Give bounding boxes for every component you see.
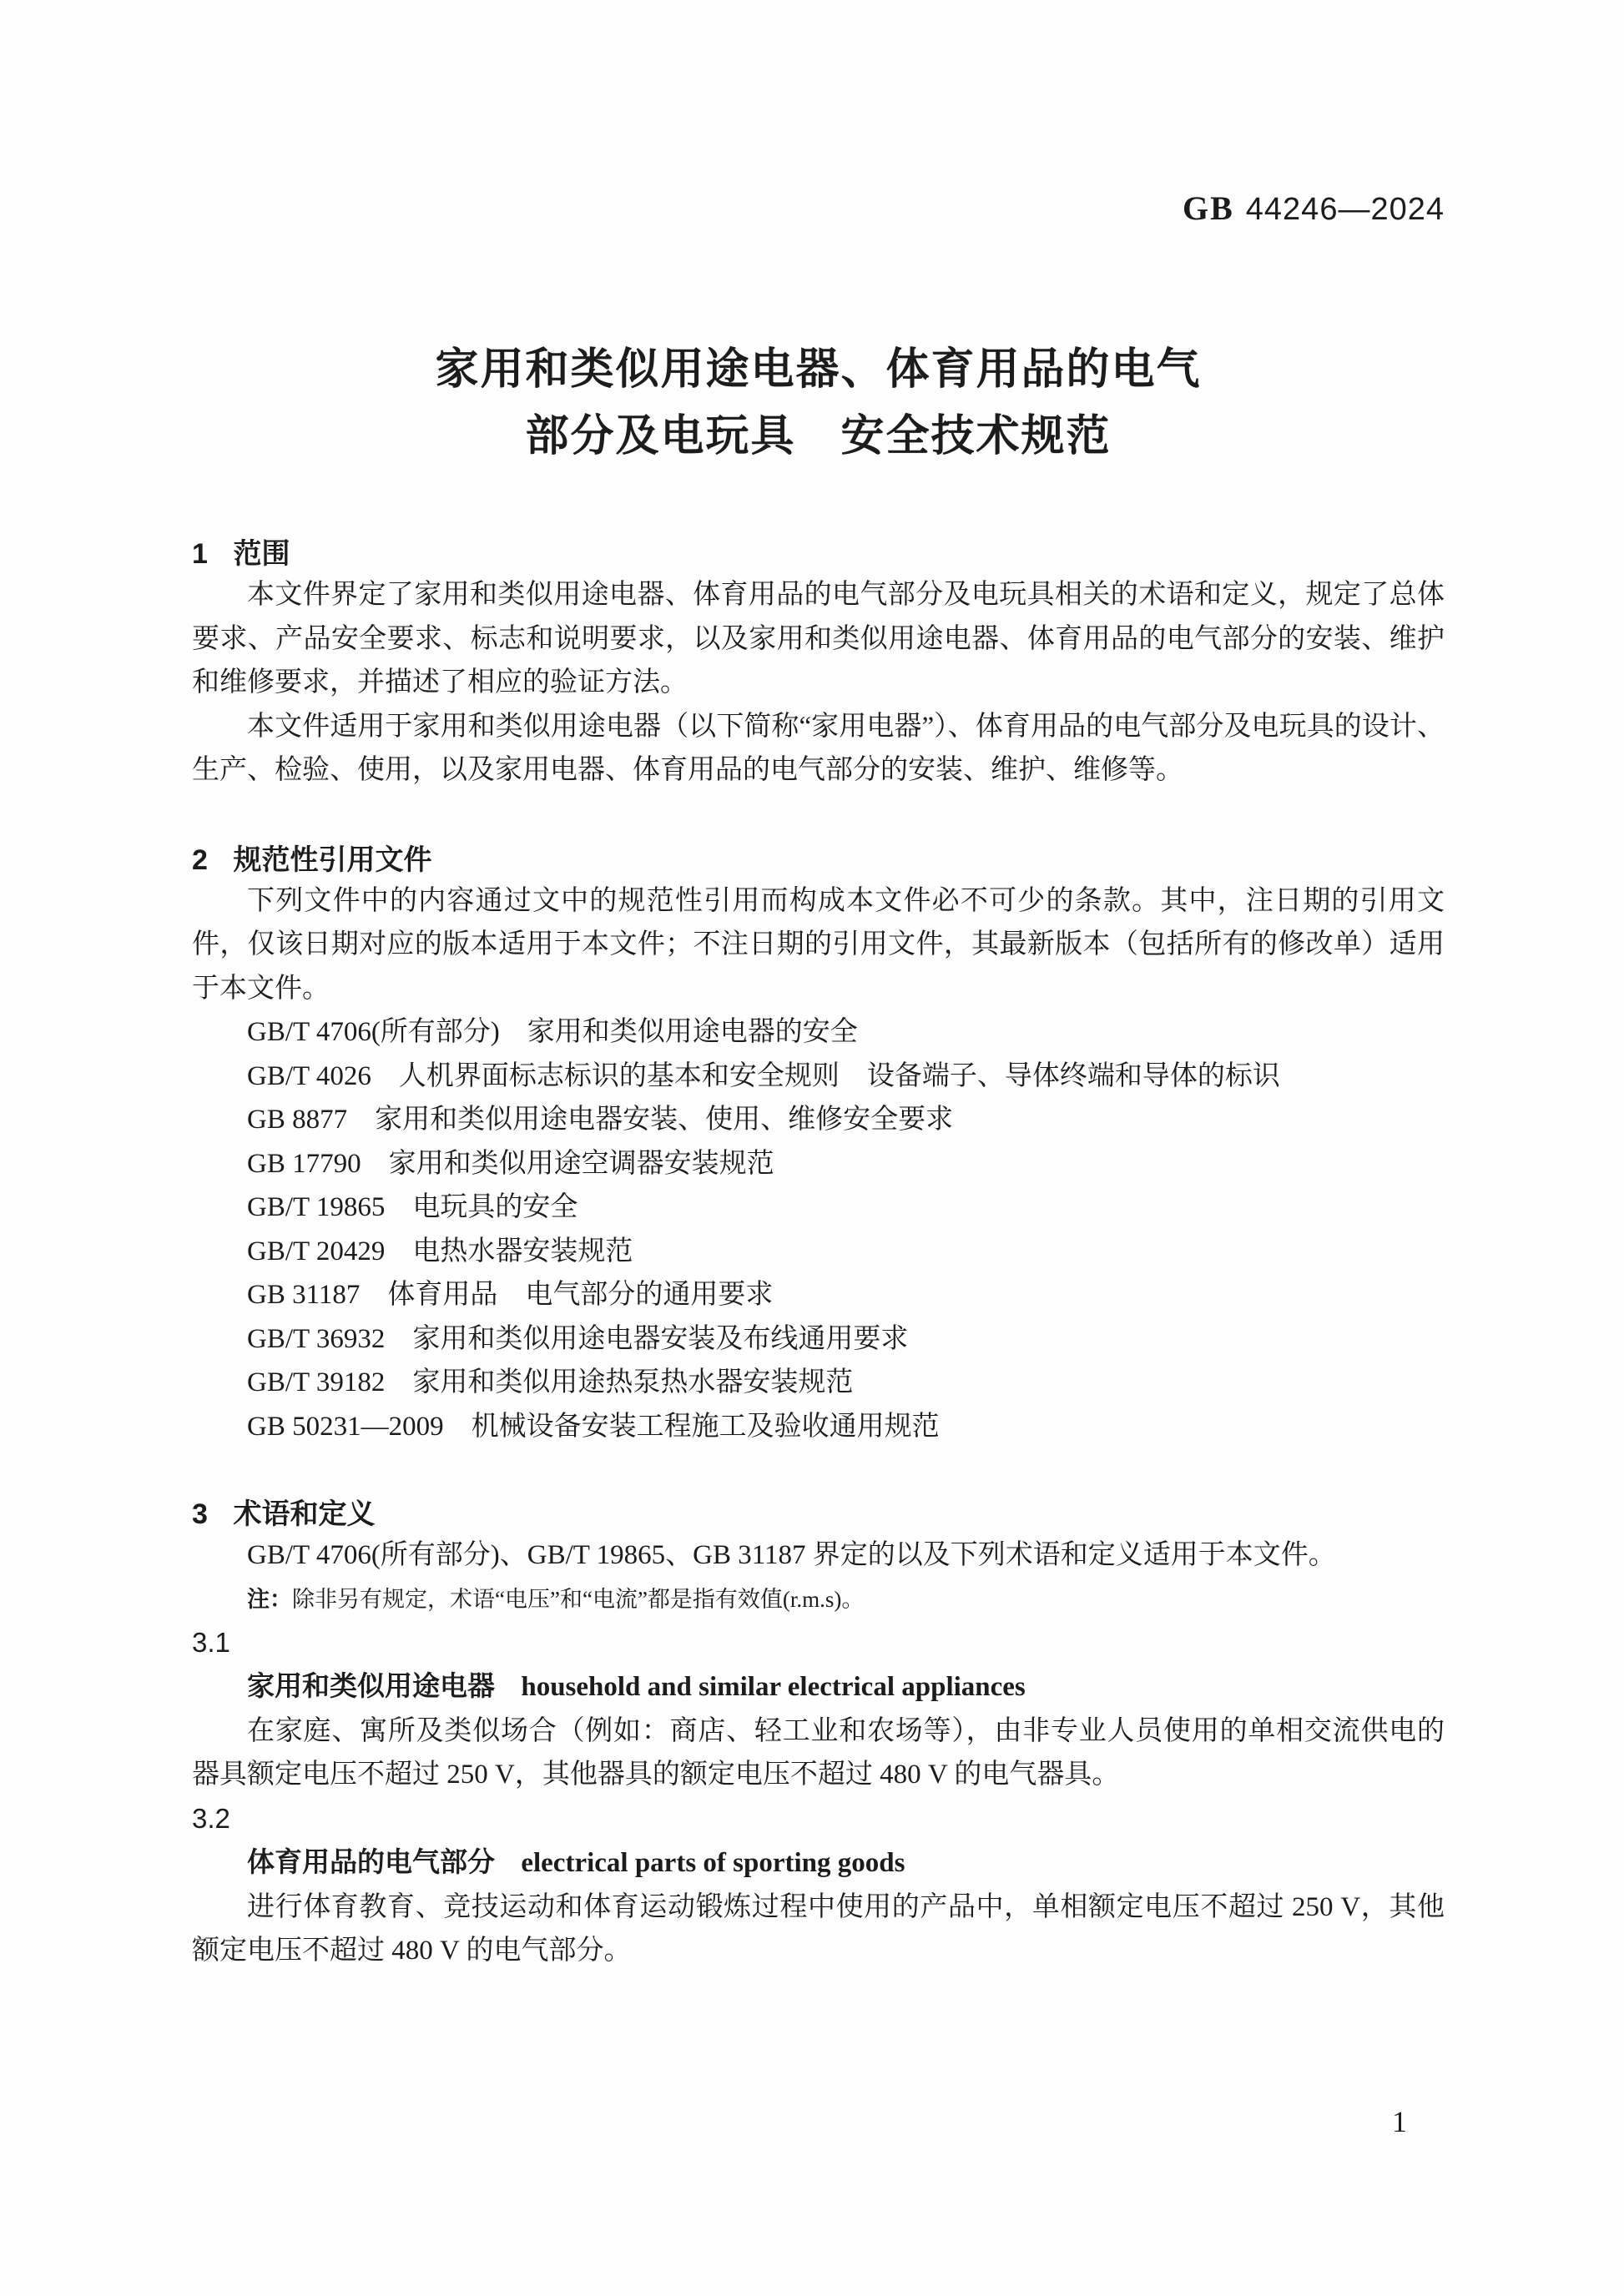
section-2-heading: 2规范性引用文件 bbox=[192, 841, 1445, 879]
term-3-1-english: household and similar electrical applian… bbox=[521, 1672, 1025, 1702]
page-number: 1 bbox=[1392, 2104, 1407, 2139]
term-3-2-english: electrical parts of sporting goods bbox=[521, 1848, 905, 1878]
section-2-number: 2 bbox=[192, 844, 208, 876]
standard-number-header: GB44246—2024 bbox=[192, 190, 1445, 234]
reference-item: GB/T 4706(所有部分) 家用和类似用途电器的安全 bbox=[192, 1010, 1445, 1055]
page-content: GB44246—2024 家用和类似用途电器、体育用品的电气 部分及电玩具 安全… bbox=[0, 0, 1624, 2296]
term-3-1-definition: 在家庭、寓所及类似场合（例如：商店、轻工业和农场等），由非专业人员使用的单相交流… bbox=[192, 1709, 1445, 1797]
reference-item: GB 8877 家用和类似用途电器安装、使用、维修安全要求 bbox=[192, 1098, 1445, 1142]
reference-item: GB/T 39182 家用和类似用途热泵热水器安装规范 bbox=[192, 1361, 1445, 1405]
normative-references-list: GB/T 4706(所有部分) 家用和类似用途电器的安全 GB/T 4026 人… bbox=[192, 1010, 1445, 1448]
term-3-2-chinese: 体育用品的电气部分 bbox=[247, 1846, 495, 1877]
document-title: 家用和类似用途电器、体育用品的电气 部分及电玩具 安全技术规范 bbox=[192, 336, 1445, 470]
title-line-2: 部分及电玩具 安全技术规范 bbox=[192, 403, 1445, 470]
term-3-1-heading: 家用和类似用途电器household and similar electrica… bbox=[192, 1664, 1445, 1709]
reference-item: GB/T 20429 电热水器安装规范 bbox=[192, 1230, 1445, 1274]
terms-note: 注：除非另有规定，术语“电压”和“电流”都是指有效值(r.m.s)。 bbox=[192, 1578, 1445, 1621]
clause-3-1-number: 3.1 bbox=[192, 1621, 1445, 1665]
section-1-paragraph-2: 本文件适用于家用和类似用途电器（以下简称“家用电器”）、体育用品的电气部分及电玩… bbox=[192, 705, 1445, 793]
document-page: GB44246—2024 家用和类似用途电器、体育用品的电气 部分及电玩具 安全… bbox=[0, 0, 1624, 2296]
reference-item: GB 50231—2009 机械设备安装工程施工及验收通用规范 bbox=[192, 1405, 1445, 1449]
section-3-number: 3 bbox=[192, 1498, 208, 1530]
section-1-number: 1 bbox=[192, 538, 208, 570]
section-3-heading: 3术语和定义 bbox=[192, 1495, 1445, 1533]
term-3-2-heading: 体育用品的电气部分electrical parts of sporting go… bbox=[192, 1840, 1445, 1886]
section-3-title: 术语和定义 bbox=[234, 1498, 376, 1530]
clause-3-2-number: 3.2 bbox=[192, 1797, 1445, 1841]
title-line-1: 家用和类似用途电器、体育用品的电气 bbox=[192, 336, 1445, 403]
section-1-title: 范围 bbox=[234, 538, 290, 570]
reference-item: GB 31187 体育用品 电气部分的通用要求 bbox=[192, 1273, 1445, 1317]
reference-item: GB/T 19865 电玩具的安全 bbox=[192, 1186, 1445, 1230]
standard-code: GB bbox=[1183, 189, 1234, 227]
section-3-intro: GB/T 4706(所有部分)、GB/T 19865、GB 31187 界定的以… bbox=[192, 1533, 1445, 1578]
reference-item: GB/T 36932 家用和类似用途电器安装及布线通用要求 bbox=[192, 1317, 1445, 1362]
reference-item: GB 17790 家用和类似用途空调器安装规范 bbox=[192, 1142, 1445, 1186]
section-1-heading: 1范围 bbox=[192, 535, 1445, 573]
term-3-2-definition: 进行体育教育、竞技运动和体育运动锻炼过程中使用的产品中，单相额定电压不超过 25… bbox=[192, 1886, 1445, 1973]
standard-serial: 44246—2024 bbox=[1246, 192, 1445, 227]
note-text: 除非另有规定，术语“电压”和“电流”都是指有效值(r.m.s)。 bbox=[292, 1587, 864, 1612]
section-1-paragraph-1: 本文件界定了家用和类似用途电器、体育用品的电气部分及电玩具相关的术语和定义，规定… bbox=[192, 573, 1445, 705]
reference-item: GB/T 4026 人机界面标志标识的基本和安全规则 设备端子、导体终端和导体的… bbox=[192, 1055, 1445, 1099]
section-2-title: 规范性引用文件 bbox=[234, 844, 432, 876]
note-label: 注： bbox=[247, 1587, 292, 1612]
section-2-intro: 下列文件中的内容通过文中的规范性引用而构成本文件必不可少的条款。其中，注日期的引… bbox=[192, 879, 1445, 1011]
term-3-1-chinese: 家用和类似用途电器 bbox=[247, 1670, 495, 1701]
